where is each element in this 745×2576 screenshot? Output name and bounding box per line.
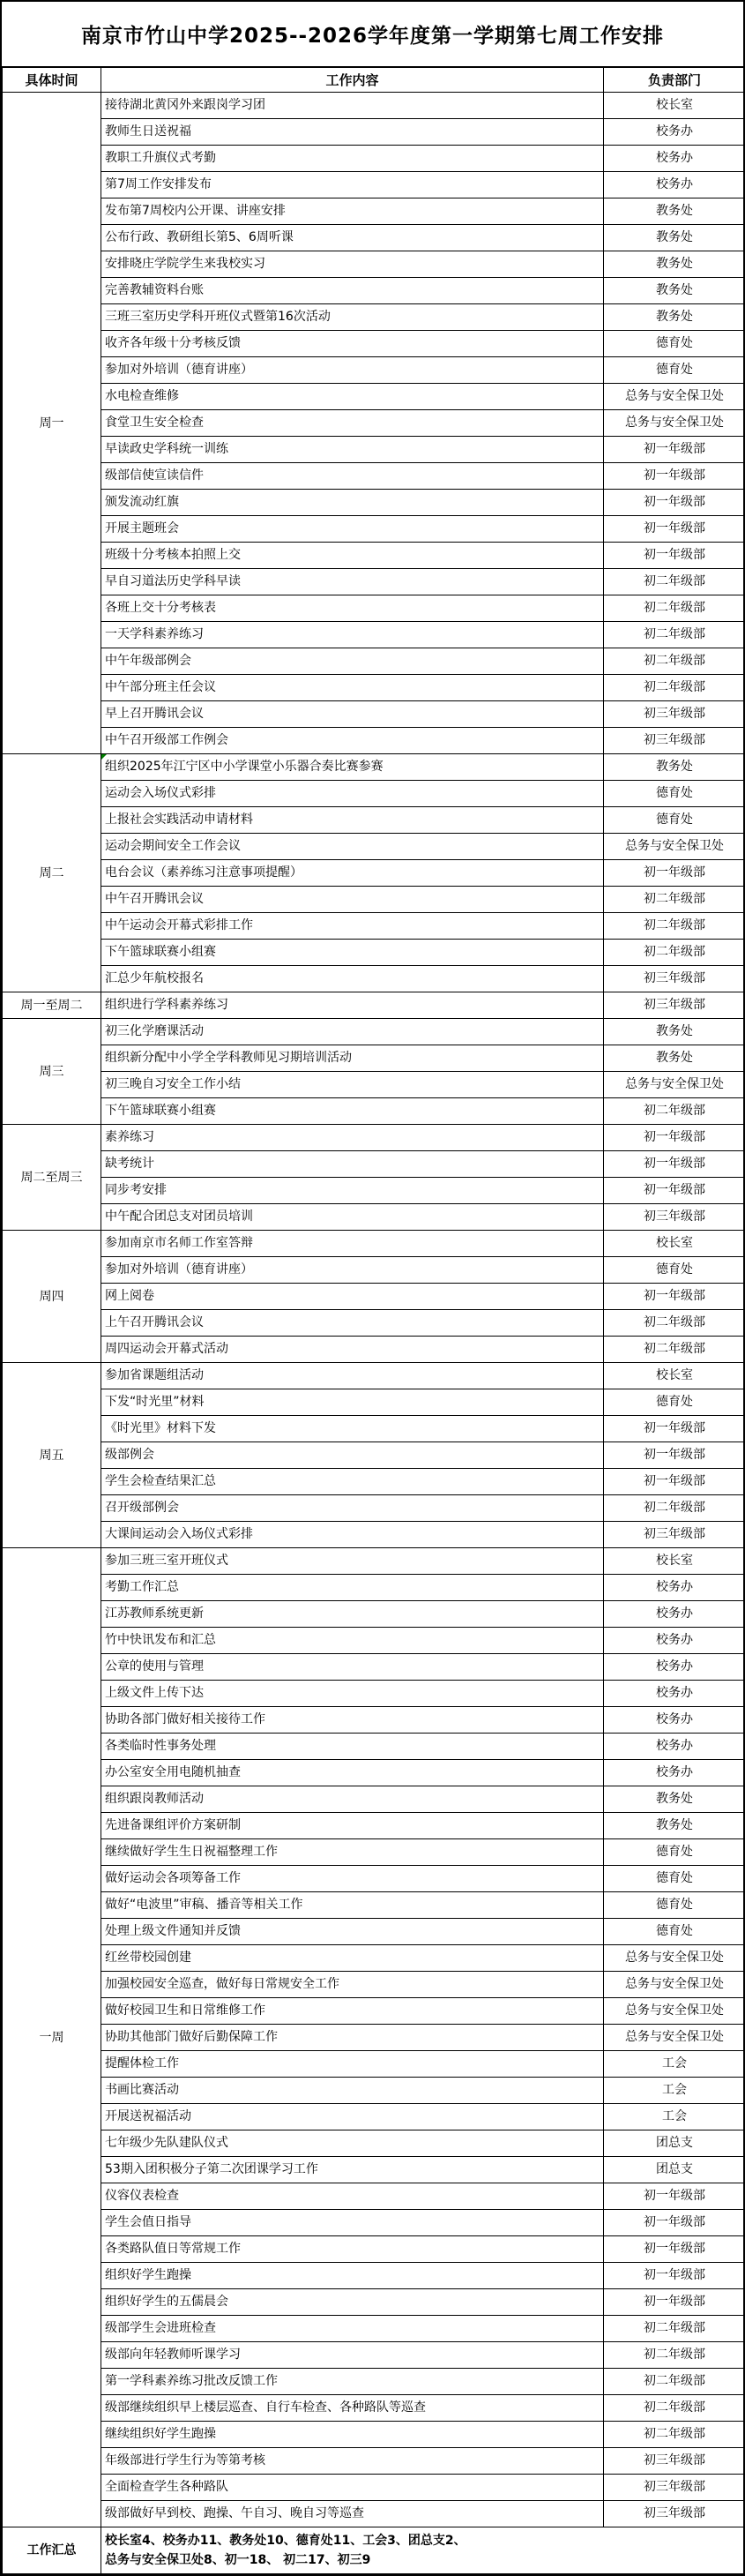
table-row: 下发“时光里”材料德育处 — [3, 1389, 745, 1416]
dept-cell: 校务办 — [604, 1654, 745, 1681]
table-row: 加强校园安全巡查，做好每日常规安全工作总务与安全保卫处 — [3, 1972, 745, 1998]
task-cell: 召开级部例会 — [101, 1495, 604, 1522]
time-cell: 一周 — [3, 1548, 101, 2527]
task-cell: 办公室安全用电随机抽查 — [101, 1760, 604, 1786]
col-header-time: 具体时间 — [3, 68, 101, 93]
task-cell: 周四运动会开幕式活动 — [101, 1337, 604, 1363]
table-row: 学生会值日指导初一年级部 — [3, 2210, 745, 2236]
table-row: 周一至周二组织进行学科素养练习初三年级部 — [3, 992, 745, 1019]
dept-cell: 初一年级部 — [604, 516, 745, 543]
task-cell: 参加南京市名师工作室答辩 — [101, 1231, 604, 1257]
task-cell: 年级部进行学生行为等第考核 — [101, 2448, 604, 2475]
table-row: 中午运动会开幕式彩排工作初二年级部 — [3, 913, 745, 940]
table-row: 三班三室历史学科开班仪式暨第16次活动教务处 — [3, 304, 745, 331]
table-row: 中午部分班主任会议初二年级部 — [3, 675, 745, 701]
dept-cell: 校务办 — [604, 1601, 745, 1628]
task-cell: 处理上级文件通知并反馈 — [101, 1919, 604, 1945]
task-cell: 学生会检查结果汇总 — [101, 1469, 604, 1495]
table-row: 53期入团积极分子第二次团课学习工作团总支 — [3, 2157, 745, 2183]
task-cell: 上午召开腾讯会议 — [101, 1310, 604, 1337]
time-cell: 周四 — [3, 1231, 101, 1363]
dept-cell: 初一年级部 — [604, 1416, 745, 1442]
dept-cell: 校长室 — [604, 1231, 745, 1257]
summary-line: 校长室4、校务办11、教务处10、德育处11、工会3、团总支2、 — [105, 2531, 741, 2550]
table-row: 上午召开腾讯会议初二年级部 — [3, 1310, 745, 1337]
task-cell: 仪容仪表检查 — [101, 2183, 604, 2210]
task-cell: 继续做好学生生日祝福整理工作 — [101, 1839, 604, 1866]
task-cell: 收齐各年级十分考核反馈 — [101, 331, 604, 357]
dept-cell: 初二年级部 — [604, 2342, 745, 2369]
table-row: 各班上交十分考核表初二年级部 — [3, 595, 745, 622]
table-row: 周四运动会开幕式活动初二年级部 — [3, 1337, 745, 1363]
dept-cell: 团总支 — [604, 2130, 745, 2157]
task-cell: 参加省课题组活动 — [101, 1363, 604, 1389]
task-cell: 中午配合团总支对团员培训 — [101, 1204, 604, 1231]
task-cell: 级部做好早到校、跑操、午自习、晚自习等巡查 — [101, 2501, 604, 2527]
dept-cell: 教务处 — [604, 1786, 745, 1813]
table-row: 教师生日送祝福校务办 — [3, 119, 745, 146]
task-cell: 级部学生会进班检查 — [101, 2316, 604, 2342]
table-row: 召开级部例会初二年级部 — [3, 1495, 745, 1522]
dept-cell: 初二年级部 — [604, 1495, 745, 1522]
task-cell: 级部例会 — [101, 1442, 604, 1469]
dept-cell: 初一年级部 — [604, 1178, 745, 1204]
dept-cell: 工会 — [604, 2104, 745, 2130]
dept-cell: 初一年级部 — [604, 2289, 745, 2316]
task-cell: 发布第7周校内公开课、讲座安排 — [101, 198, 604, 225]
task-cell: 电台会议（素养练习注意事项提醒） — [101, 860, 604, 887]
dept-cell: 初一年级部 — [604, 2183, 745, 2210]
dept-cell: 初三年级部 — [604, 992, 745, 1019]
dept-cell: 总务与安全保卫处 — [604, 1072, 745, 1098]
table-row: 早上召开腾讯会议初三年级部 — [3, 701, 745, 728]
table-row: 开展送祝福活动工会 — [3, 2104, 745, 2130]
table-row: 七年级少先队建队仪式团总支 — [3, 2130, 745, 2157]
table-row: 级部例会初一年级部 — [3, 1442, 745, 1469]
task-cell: 开展主题班会 — [101, 516, 604, 543]
time-cell: 周一至周二 — [3, 992, 101, 1019]
dept-cell: 初三年级部 — [604, 2448, 745, 2475]
dept-cell: 初一年级部 — [604, 463, 745, 490]
table-row: 汇总少年航校报名初三年级部 — [3, 966, 745, 992]
time-cell: 周二 — [3, 754, 101, 992]
task-cell: 参加对外培训（德育讲座） — [101, 1257, 604, 1284]
task-cell: 上级文件上传下达 — [101, 1681, 604, 1707]
dept-cell: 工会 — [604, 2078, 745, 2104]
table-row: 周一接待湖北黄冈外来跟岗学习团校长室 — [3, 93, 745, 119]
task-cell: 全面检查学生各种路队 — [101, 2475, 604, 2501]
dept-cell: 初一年级部 — [604, 1469, 745, 1495]
table-row: 第7周工作安排发布校务办 — [3, 172, 745, 198]
dept-cell: 初一年级部 — [604, 1151, 745, 1178]
table-row: 中午年级部例会初二年级部 — [3, 648, 745, 675]
task-cell: 组织进行学科素养练习 — [101, 992, 604, 1019]
dept-cell: 校务办 — [604, 1575, 745, 1601]
dept-cell: 初三年级部 — [604, 2501, 745, 2527]
table-row: 参加对外培训（德育讲座）德育处 — [3, 357, 745, 384]
dept-cell: 初二年级部 — [604, 2422, 745, 2448]
page-title: 南京市竹山中学2025--2026学年度第一学期第七周工作安排 — [2, 2, 743, 67]
task-cell: 网上阅卷 — [101, 1284, 604, 1310]
dept-cell: 初一年级部 — [604, 2210, 745, 2236]
dept-cell: 校务办 — [604, 119, 745, 146]
table-row: 做好校园卫生和日常维修工作总务与安全保卫处 — [3, 1998, 745, 2025]
table-row: 下午篮球联赛小组赛初二年级部 — [3, 940, 745, 966]
table-row: 各类路队值日等常规工作初一年级部 — [3, 2236, 745, 2263]
dept-cell: 校务办 — [604, 1734, 745, 1760]
dept-cell: 初一年级部 — [604, 860, 745, 887]
table-row: 继续做好学生生日祝福整理工作德育处 — [3, 1839, 745, 1866]
table-row: 中午召开腾讯会议初二年级部 — [3, 887, 745, 913]
dept-cell: 初二年级部 — [604, 887, 745, 913]
task-cell: 运动会期间安全工作会议 — [101, 834, 604, 860]
task-cell: 参加对外培训（德育讲座） — [101, 357, 604, 384]
task-cell: 早自习道法历史学科早读 — [101, 569, 604, 595]
dept-cell: 校务办 — [604, 1707, 745, 1734]
dept-cell: 教务处 — [604, 1019, 745, 1045]
table-row: 组织新分配中小学全学科教师见习期培训活动教务处 — [3, 1045, 745, 1072]
dept-cell: 校务办 — [604, 172, 745, 198]
table-row: 运动会期间安全工作会议总务与安全保卫处 — [3, 834, 745, 860]
dept-cell: 初二年级部 — [604, 595, 745, 622]
task-cell: 做好运动会各项筹备工作 — [101, 1866, 604, 1892]
dept-cell: 初一年级部 — [604, 2236, 745, 2263]
dept-cell: 德育处 — [604, 331, 745, 357]
table-row: 竹中快讯发布和汇总校务办 — [3, 1628, 745, 1654]
summary-line: 总务与安全保卫处8、初一18、 初二17、初三9 — [105, 2550, 741, 2570]
dept-cell: 初三年级部 — [604, 701, 745, 728]
table-row: 书画比赛活动工会 — [3, 2078, 745, 2104]
dept-cell: 教务处 — [604, 198, 745, 225]
table-row: 运动会入场仪式彩排德育处 — [3, 781, 745, 807]
dept-cell: 教务处 — [604, 251, 745, 278]
task-cell: 中午召开级部工作例会 — [101, 728, 604, 754]
table-row: 年级部进行学生行为等第考核初三年级部 — [3, 2448, 745, 2475]
table-row: 周五参加省课题组活动校长室 — [3, 1363, 745, 1389]
time-cell: 周三 — [3, 1019, 101, 1125]
table-row: 周二组织2025年江宁区中小学课堂小乐器合奏比赛参赛教务处 — [3, 754, 745, 781]
table-row: 下午篮球联赛小组赛初二年级部 — [3, 1098, 745, 1125]
dept-cell: 德育处 — [604, 1839, 745, 1866]
dept-cell: 初一年级部 — [604, 1442, 745, 1469]
table-row: 上报社会实践活动申请材料德育处 — [3, 807, 745, 834]
task-cell: 组织好学生的五儒晨会 — [101, 2289, 604, 2316]
table-row: 提醒体检工作工会 — [3, 2051, 745, 2078]
table-row: 公布行政、教研组长第5、6周听课教务处 — [3, 225, 745, 251]
table-row: 参加对外培训（德育讲座）德育处 — [3, 1257, 745, 1284]
dept-cell: 初二年级部 — [604, 913, 745, 940]
dept-cell: 总务与安全保卫处 — [604, 834, 745, 860]
task-cell: 中午部分班主任会议 — [101, 675, 604, 701]
dept-cell: 德育处 — [604, 357, 745, 384]
task-cell: 组织2025年江宁区中小学课堂小乐器合奏比赛参赛 — [101, 754, 604, 781]
table-row: 办公室安全用电随机抽查校务办 — [3, 1760, 745, 1786]
task-cell: 参加三班三室开班仪式 — [101, 1548, 604, 1575]
time-cell: 周二至周三 — [3, 1125, 101, 1231]
dept-cell: 初一年级部 — [604, 490, 745, 516]
dept-cell: 德育处 — [604, 807, 745, 834]
dept-cell: 初一年级部 — [604, 1284, 745, 1310]
task-cell: 中午年级部例会 — [101, 648, 604, 675]
dept-cell: 总务与安全保卫处 — [604, 1945, 745, 1972]
time-cell: 周五 — [3, 1363, 101, 1548]
task-cell: 级部信使宣读信件 — [101, 463, 604, 490]
dept-cell: 初一年级部 — [604, 1125, 745, 1151]
table-row: 《时光里》材料下发初一年级部 — [3, 1416, 745, 1442]
comment-marker-icon — [101, 754, 107, 760]
task-cell: 各班上交十分考核表 — [101, 595, 604, 622]
table-row: 级部继续组织早上楼层巡查、自行车检查、各种路队等巡查初二年级部 — [3, 2395, 745, 2422]
table-row: 级部信使宣读信件初一年级部 — [3, 463, 745, 490]
task-cell: 中午召开腾讯会议 — [101, 887, 604, 913]
task-cell: 初三化学磨课活动 — [101, 1019, 604, 1045]
summary-row: 工作汇总校长室4、校务办11、教务处10、德育处11、工会3、团总支2、总务与安… — [3, 2527, 745, 2574]
table-row: 继续组织好学生跑操初二年级部 — [3, 2422, 745, 2448]
dept-cell: 初二年级部 — [604, 675, 745, 701]
task-cell: 继续组织好学生跑操 — [101, 2422, 604, 2448]
task-cell: 各类路队值日等常规工作 — [101, 2236, 604, 2263]
task-cell: 下午篮球联赛小组赛 — [101, 940, 604, 966]
summary-content-cell: 校长室4、校务办11、教务处10、德育处11、工会3、团总支2、总务与安全保卫处… — [101, 2527, 745, 2574]
table-row: 早自习道法历史学科早读初二年级部 — [3, 569, 745, 595]
task-cell: 汇总少年航校报名 — [101, 966, 604, 992]
dept-cell: 教务处 — [604, 1045, 745, 1072]
task-cell: 加强校园安全巡查，做好每日常规安全工作 — [101, 1972, 604, 1998]
task-cell: 组织新分配中小学全学科教师见习期培训活动 — [101, 1045, 604, 1072]
task-cell: 缺考统计 — [101, 1151, 604, 1178]
task-cell: 第7周工作安排发布 — [101, 172, 604, 198]
table-row: 江苏教师系统更新校务办 — [3, 1601, 745, 1628]
task-cell: 学生会值日指导 — [101, 2210, 604, 2236]
task-cell: 各类临时性事务处理 — [101, 1734, 604, 1760]
dept-cell: 校长室 — [604, 1363, 745, 1389]
dept-cell: 校务办 — [604, 1681, 745, 1707]
table-row: 食堂卫生安全检查总务与安全保卫处 — [3, 410, 745, 437]
dept-cell: 初三年级部 — [604, 728, 745, 754]
dept-cell: 初一年级部 — [604, 2263, 745, 2289]
task-cell: 做好“电波里”审稿、播音等相关工作 — [101, 1892, 604, 1919]
task-cell: 级部向年轻教师听课学习 — [101, 2342, 604, 2369]
dept-cell: 德育处 — [604, 1389, 745, 1416]
table-row: 班级十分考核本拍照上交初一年级部 — [3, 543, 745, 569]
table-row: 同步考安排初一年级部 — [3, 1178, 745, 1204]
task-cell: 早上召开腾讯会议 — [101, 701, 604, 728]
table-row: 上级文件上传下达校务办 — [3, 1681, 745, 1707]
dept-cell: 初三年级部 — [604, 2475, 745, 2501]
task-cell: 第一学科素养练习批改反馈工作 — [101, 2369, 604, 2395]
table-row: 组织跟岗教师活动教务处 — [3, 1786, 745, 1813]
dept-cell: 德育处 — [604, 781, 745, 807]
dept-cell: 校长室 — [604, 1548, 745, 1575]
dept-cell: 团总支 — [604, 2157, 745, 2183]
table-row: 先进备课组评价方案研制教务处 — [3, 1813, 745, 1839]
table-row: 周三初三化学磨课活动教务处 — [3, 1019, 745, 1045]
task-cell: 完善教辅资料台账 — [101, 278, 604, 304]
dept-cell: 教务处 — [604, 1813, 745, 1839]
table-row: 考勤工作汇总校务办 — [3, 1575, 745, 1601]
table-row: 全面检查学生各种路队初三年级部 — [3, 2475, 745, 2501]
dept-cell: 校务办 — [604, 146, 745, 172]
task-cell: 下午篮球联赛小组赛 — [101, 1098, 604, 1125]
task-cell: 素养练习 — [101, 1125, 604, 1151]
table-row: 收齐各年级十分考核反馈德育处 — [3, 331, 745, 357]
dept-cell: 初二年级部 — [604, 1337, 745, 1363]
task-cell: 红丝带校园创建 — [101, 1945, 604, 1972]
task-cell: 食堂卫生安全检查 — [101, 410, 604, 437]
table-row: 中午配合团总支对团员培训初三年级部 — [3, 1204, 745, 1231]
table-row: 周二至周三素养练习初一年级部 — [3, 1125, 745, 1151]
task-cell: 协助其他部门做好后勤保障工作 — [101, 2025, 604, 2051]
table-row: 早读政史学科统一训练初一年级部 — [3, 437, 745, 463]
table-row: 学生会检查结果汇总初一年级部 — [3, 1469, 745, 1495]
dept-cell: 总务与安全保卫处 — [604, 410, 745, 437]
schedule-table: 具体时间 工作内容 负责部门 周一接待湖北黄冈外来跟岗学习团校长室教师生日送祝福… — [2, 67, 745, 2574]
table-row: 公章的使用与管理校务办 — [3, 1654, 745, 1681]
task-cell: 上报社会实践活动申请材料 — [101, 807, 604, 834]
dept-cell: 总务与安全保卫处 — [604, 384, 745, 410]
task-cell: 班级十分考核本拍照上交 — [101, 543, 604, 569]
table-row: 红丝带校园创建总务与安全保卫处 — [3, 1945, 745, 1972]
task-cell: 早读政史学科统一训练 — [101, 437, 604, 463]
table-row: 做好“电波里”审稿、播音等相关工作德育处 — [3, 1892, 745, 1919]
task-cell: 做好校园卫生和日常维修工作 — [101, 1998, 604, 2025]
dept-cell: 总务与安全保卫处 — [604, 2025, 745, 2051]
task-cell: 颁发流动红旗 — [101, 490, 604, 516]
table-row: 协助其他部门做好后勤保障工作总务与安全保卫处 — [3, 2025, 745, 2051]
task-cell: 考勤工作汇总 — [101, 1575, 604, 1601]
task-cell: 提醒体检工作 — [101, 2051, 604, 2078]
dept-cell: 德育处 — [604, 1919, 745, 1945]
dept-cell: 教务处 — [604, 754, 745, 781]
table-row: 一天学科素养练习初二年级部 — [3, 622, 745, 648]
task-cell: 公布行政、教研组长第5、6周听课 — [101, 225, 604, 251]
task-cell: 协助各部门做好相关接待工作 — [101, 1707, 604, 1734]
task-cell: 运动会入场仪式彩排 — [101, 781, 604, 807]
col-header-content: 工作内容 — [101, 68, 604, 93]
task-cell: 下发“时光里”材料 — [101, 1389, 604, 1416]
table-row: 颁发流动红旗初一年级部 — [3, 490, 745, 516]
dept-cell: 校务办 — [604, 1628, 745, 1654]
dept-cell: 初二年级部 — [604, 2395, 745, 2422]
dept-cell: 初三年级部 — [604, 966, 745, 992]
dept-cell: 总务与安全保卫处 — [604, 1972, 745, 1998]
dept-cell: 初三年级部 — [604, 1522, 745, 1548]
table-row: 组织好学生的五儒晨会初一年级部 — [3, 2289, 745, 2316]
table-row: 各类临时性事务处理校务办 — [3, 1734, 745, 1760]
dept-cell: 教务处 — [604, 225, 745, 251]
time-cell: 周一 — [3, 93, 101, 754]
task-cell: 先进备课组评价方案研制 — [101, 1813, 604, 1839]
dept-cell: 初三年级部 — [604, 1204, 745, 1231]
task-cell: 七年级少先队建队仪式 — [101, 2130, 604, 2157]
task-cell: 教职工升旗仪式考勤 — [101, 146, 604, 172]
table-row: 缺考统计初一年级部 — [3, 1151, 745, 1178]
dept-cell: 校务办 — [604, 1760, 745, 1786]
table-row: 做好运动会各项筹备工作德育处 — [3, 1866, 745, 1892]
table-row: 大课间运动会入场仪式彩排初三年级部 — [3, 1522, 745, 1548]
table-row: 级部做好早到校、跑操、午自习、晚自习等巡查初三年级部 — [3, 2501, 745, 2527]
task-cell: 水电检查维修 — [101, 384, 604, 410]
task-cell: 教师生日送祝福 — [101, 119, 604, 146]
dept-cell: 总务与安全保卫处 — [604, 1998, 745, 2025]
table-row: 电台会议（素养练习注意事项提醒）初一年级部 — [3, 860, 745, 887]
table-row: 教职工升旗仪式考勤校务办 — [3, 146, 745, 172]
dept-cell: 初二年级部 — [604, 1098, 745, 1125]
table-row: 协助各部门做好相关接待工作校务办 — [3, 1707, 745, 1734]
task-cell: 级部继续组织早上楼层巡查、自行车检查、各种路队等巡查 — [101, 2395, 604, 2422]
dept-cell: 初一年级部 — [604, 543, 745, 569]
header-row: 具体时间 工作内容 负责部门 — [3, 68, 745, 93]
task-cell: 一天学科素养练习 — [101, 622, 604, 648]
task-cell: 大课间运动会入场仪式彩排 — [101, 1522, 604, 1548]
task-cell: 开展送祝福活动 — [101, 2104, 604, 2130]
task-cell: 初三晚自习安全工作小结 — [101, 1072, 604, 1098]
dept-cell: 初一年级部 — [604, 437, 745, 463]
task-cell: 同步考安排 — [101, 1178, 604, 1204]
summary-label-cell: 工作汇总 — [3, 2527, 101, 2574]
table-row: 周四参加南京市名师工作室答辩校长室 — [3, 1231, 745, 1257]
table-row: 初三晚自习安全工作小结总务与安全保卫处 — [3, 1072, 745, 1098]
table-row: 水电检查维修总务与安全保卫处 — [3, 384, 745, 410]
table-row: 仪容仪表检查初一年级部 — [3, 2183, 745, 2210]
table-row: 安排晓庄学院学生来我校实习教务处 — [3, 251, 745, 278]
table-row: 处理上级文件通知并反馈德育处 — [3, 1919, 745, 1945]
table-row: 一周参加三班三室开班仪式校长室 — [3, 1548, 745, 1575]
task-cell: 三班三室历史学科开班仪式暨第16次活动 — [101, 304, 604, 331]
table-row: 开展主题班会初一年级部 — [3, 516, 745, 543]
task-cell: 中午运动会开幕式彩排工作 — [101, 913, 604, 940]
table-row: 发布第7周校内公开课、讲座安排教务处 — [3, 198, 745, 225]
dept-cell: 德育处 — [604, 1257, 745, 1284]
task-cell: 江苏教师系统更新 — [101, 1601, 604, 1628]
dept-cell: 初二年级部 — [604, 940, 745, 966]
schedule-sheet: 南京市竹山中学2025--2026学年度第一学期第七周工作安排 具体时间 工作内… — [0, 0, 745, 2576]
dept-cell: 初二年级部 — [604, 648, 745, 675]
task-cell: 书画比赛活动 — [101, 2078, 604, 2104]
task-cell: 组织好学生跑操 — [101, 2263, 604, 2289]
col-header-dept: 负责部门 — [604, 68, 745, 93]
dept-cell: 初二年级部 — [604, 2316, 745, 2342]
dept-cell: 德育处 — [604, 1892, 745, 1919]
table-row: 中午召开级部工作例会初三年级部 — [3, 728, 745, 754]
task-cell: 安排晓庄学院学生来我校实习 — [101, 251, 604, 278]
dept-cell: 德育处 — [604, 1866, 745, 1892]
dept-cell: 校长室 — [604, 93, 745, 119]
dept-cell: 初二年级部 — [604, 2369, 745, 2395]
dept-cell: 教务处 — [604, 304, 745, 331]
task-cell: 53期入团积极分子第二次团课学习工作 — [101, 2157, 604, 2183]
table-row: 第一学科素养练习批改反馈工作初二年级部 — [3, 2369, 745, 2395]
table-row: 网上阅卷初一年级部 — [3, 1284, 745, 1310]
table-row: 完善教辅资料台账教务处 — [3, 278, 745, 304]
table-row: 级部学生会进班检查初二年级部 — [3, 2316, 745, 2342]
task-cell: 竹中快讯发布和汇总 — [101, 1628, 604, 1654]
task-cell: 公章的使用与管理 — [101, 1654, 604, 1681]
task-cell: 接待湖北黄冈外来跟岗学习团 — [101, 93, 604, 119]
table-row: 组织好学生跑操初一年级部 — [3, 2263, 745, 2289]
task-cell: 《时光里》材料下发 — [101, 1416, 604, 1442]
dept-cell: 初二年级部 — [604, 1310, 745, 1337]
dept-cell: 初二年级部 — [604, 569, 745, 595]
dept-cell: 初二年级部 — [604, 622, 745, 648]
task-cell: 组织跟岗教师活动 — [101, 1786, 604, 1813]
table-row: 级部向年轻教师听课学习初二年级部 — [3, 2342, 745, 2369]
dept-cell: 教务处 — [604, 278, 745, 304]
dept-cell: 工会 — [604, 2051, 745, 2078]
